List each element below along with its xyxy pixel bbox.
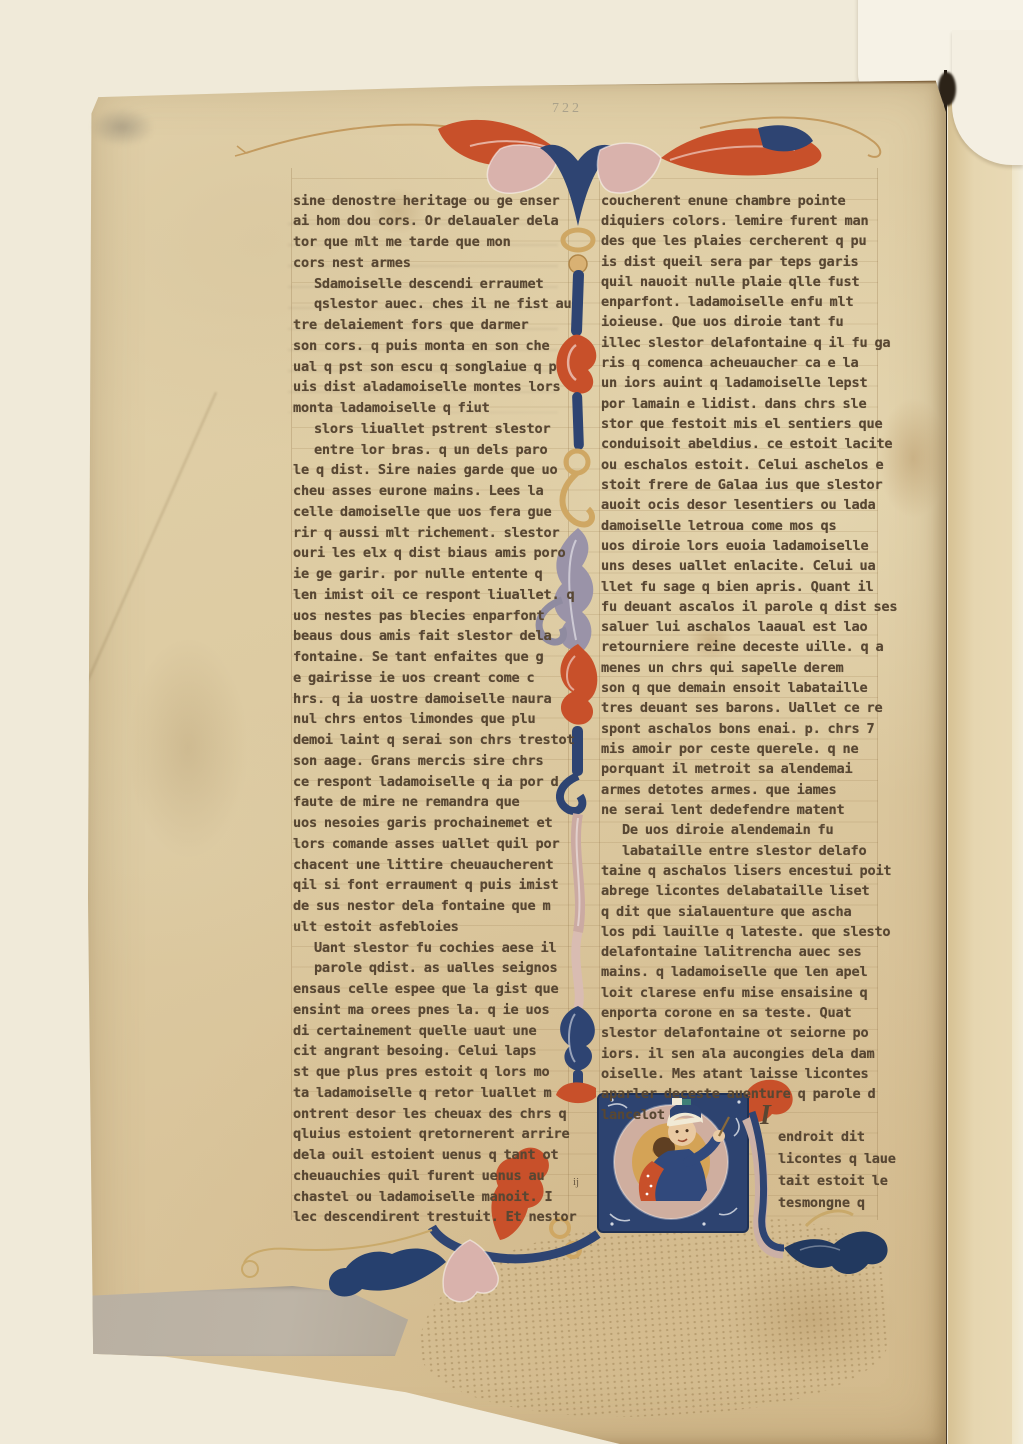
section-versal-letter: I bbox=[760, 1100, 771, 1132]
ruling-line bbox=[599, 168, 600, 1220]
darkened-top-edge bbox=[94, 76, 940, 88]
erased-mark-smudge bbox=[90, 108, 154, 146]
text-beside-initial: endroit dit licontes q laue tait estoit … bbox=[778, 1126, 896, 1214]
stain bbox=[128, 638, 248, 858]
quire-mark: ij bbox=[573, 1176, 579, 1188]
far-page-edge bbox=[1012, 0, 1023, 1444]
text-column-right: coucherent enune chambre pointe diquiers… bbox=[601, 191, 897, 1125]
follicle-speckles bbox=[412, 1210, 894, 1432]
ruling-line bbox=[291, 168, 292, 1220]
folio-number: 722 bbox=[552, 101, 582, 117]
text-column-left: sine denostre heritage ou ge enser ai ho… bbox=[293, 191, 576, 1229]
parchment-repair-patch bbox=[88, 1286, 418, 1356]
manuscript-photo: 722 sine denostre heritage ou ge enser a… bbox=[0, 0, 1023, 1444]
